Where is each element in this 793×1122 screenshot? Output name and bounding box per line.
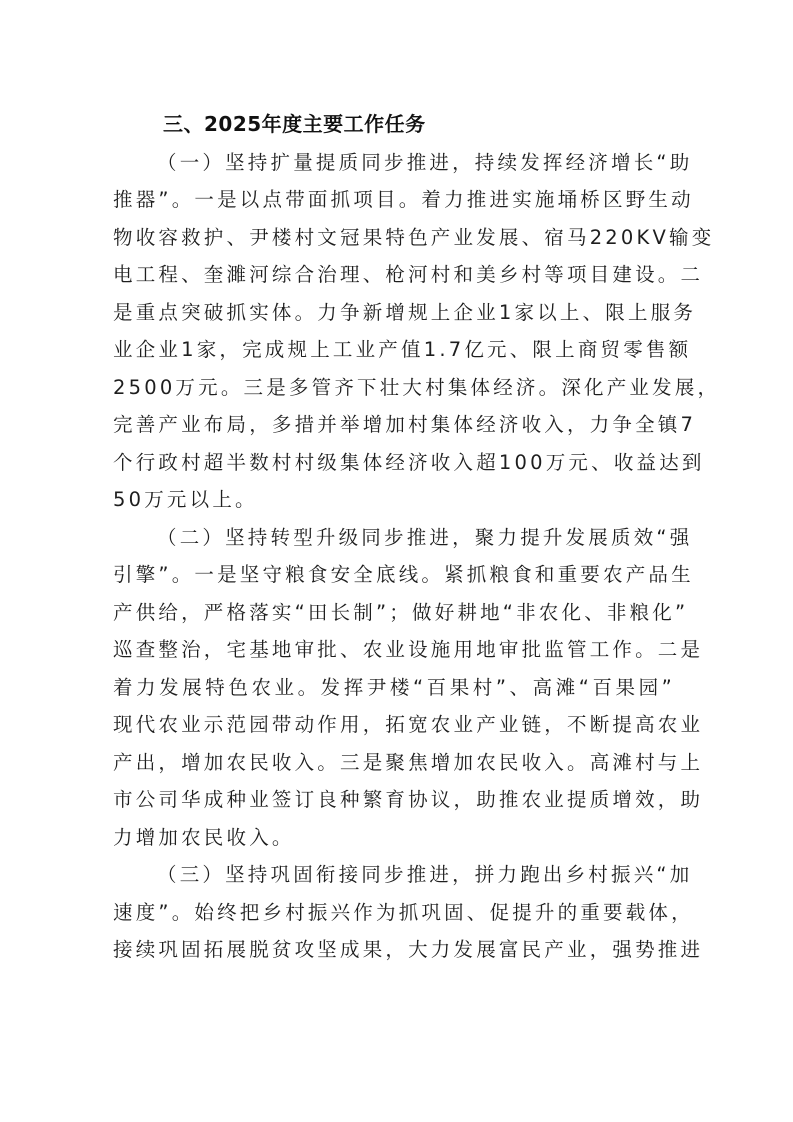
text-line: （二）坚持转型升级同步推进，聚力提升发展质效“强 <box>113 519 675 557</box>
text-line: （一）坚持扩量提质同步推进，持续发挥经济增长“助 <box>113 144 675 182</box>
text-line: 物收容救护、尹楼村文冠果特色产业发展、宿马220KV输变 <box>113 219 675 257</box>
text-line: 2500万元。三是多管齐下壮大村集体经济。深化产业发展， <box>113 369 675 407</box>
text-line: 力增加农民收入。 <box>113 819 675 857</box>
text-line: 接续巩固拓展脱贫攻坚成果，大力发展富民产业，强势推进 <box>113 931 675 969</box>
text-line: 市公司华成种业签订良种繁育协议，助推农业提质增效，助 <box>113 781 675 819</box>
text-line: 现代农业示范园带动作用，拓宽农业产业链，不断提高农业 <box>113 706 675 744</box>
document-page: 三、2025年度主要工作任务 （一）坚持扩量提质同步推进，持续发挥经济增长“助 … <box>113 106 675 969</box>
text-line: 50万元以上。 <box>113 481 675 519</box>
text-line: 速度”。始终把乡村振兴作为抓巩固、促提升的重要载体， <box>113 894 675 932</box>
text-line: 产出，增加农民收入。三是聚焦增加农民收入。高滩村与上 <box>113 744 675 782</box>
paragraph-2: （二）坚持转型升级同步推进，聚力提升发展质效“强 引擎”。一是坚守粮食安全底线。… <box>113 519 675 857</box>
text-line: 是重点突破抓实体。力争新增规上企业1家以上、限上服务 <box>113 294 675 332</box>
text-line: 推器”。一是以点带面抓项目。着力推进实施埇桥区野生动 <box>113 181 675 219</box>
paragraph-3: （三）坚持巩固衔接同步推进，拼力跑出乡村振兴“加 速度”。始终把乡村振兴作为抓巩… <box>113 856 675 969</box>
text-line: 巡查整治，宅基地审批、农业设施用地审批监管工作。二是 <box>113 631 675 669</box>
text-line: （三）坚持巩固衔接同步推进，拼力跑出乡村振兴“加 <box>113 856 675 894</box>
text-line: 完善产业布局，多措并举增加村集体经济收入，力争全镇7 <box>113 406 675 444</box>
text-line: 着力发展特色农业。发挥尹楼“百果村”、高滩“百果园” <box>113 669 675 707</box>
paragraph-1: （一）坚持扩量提质同步推进，持续发挥经济增长“助 推器”。一是以点带面抓项目。着… <box>113 144 675 519</box>
text-line: 电工程、奎濉河综合治理、枪河村和美乡村等项目建设。二 <box>113 256 675 294</box>
text-line: 引擎”。一是坚守粮食安全底线。紧抓粮食和重要农产品生 <box>113 556 675 594</box>
text-line: 个行政村超半数村村级集体经济收入超100万元、收益达到 <box>113 444 675 482</box>
text-line: 业企业1家，完成规上工业产值1.7亿元、限上商贸零售额 <box>113 331 675 369</box>
section-heading: 三、2025年度主要工作任务 <box>113 106 675 144</box>
text-line: 产供给，严格落实“田长制”；做好耕地“非农化、非粮化” <box>113 594 675 632</box>
